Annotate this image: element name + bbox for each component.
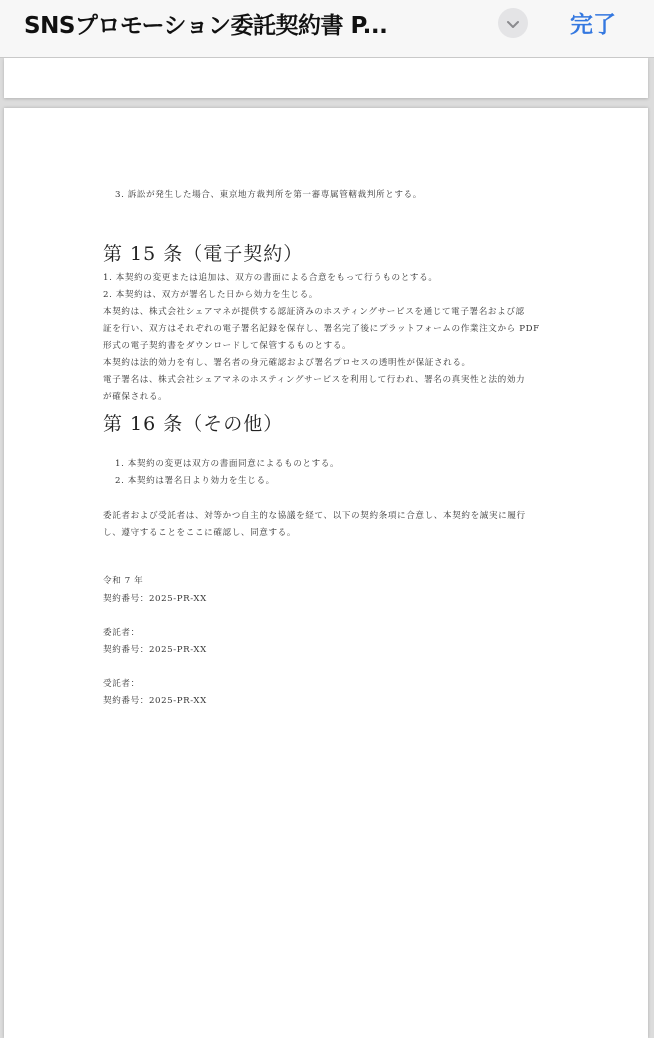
article-15-line: 1. 本契約の変更または追加は、双方の書面による合意をもって行うものとする。 [103, 270, 438, 287]
closing-statement: 委託者および受託者は、対等かつ自主的な協議を経て、以下の契約条項に合意し、本契約… [103, 508, 526, 525]
signature-date: 令和 7 年 [103, 573, 143, 590]
closing-statement: し、遵守することをここに確認し、同意する。 [103, 525, 296, 542]
pdf-viewer[interactable]: 3. 訴訟が発生した場合、東京地方裁判所を第一審専属管轄裁判所とする。 第 15… [0, 58, 654, 1024]
article-15-line: 電子署名は、株式会社シェアマネのホスティングサービスを利用して行われ、署名の真実… [103, 372, 525, 389]
article-16-item: 1. 本契約の変更は双方の書面同意によるものとする。 [115, 456, 339, 473]
article-15-line: 形式の電子契約書をダウンロードして保管するものとする。 [103, 338, 351, 355]
article-16-heading: 第 16 条（その他） [103, 409, 283, 436]
article-15-line: 本契約は、株式会社シェアマネが提供する認証済みのホスティングサービスを通じて電子… [103, 304, 525, 321]
contract-number: 契約番号：2025-PR-XX [103, 642, 207, 659]
pdf-page: 3. 訴訟が発生した場合、東京地方裁判所を第一審専属管轄裁判所とする。 第 15… [4, 108, 648, 1024]
article-15-line: が確保される。 [103, 389, 167, 406]
article-15-heading: 第 15 条（電子契約） [103, 239, 303, 266]
done-button[interactable]: 完了 [570, 6, 616, 39]
client-label: 委託者： [103, 625, 140, 642]
article-15-line: 証を行い、双方はそれぞれの電子署名記録を保存し、署名完了後にプラットフォームの作… [103, 321, 540, 338]
title-menu-button[interactable] [498, 8, 528, 38]
contract-number: 契約番号：2025-PR-XX [103, 591, 207, 608]
document-title: SNSプロモーション委託契約書 P... [24, 7, 387, 40]
previous-page [4, 58, 648, 98]
article-15-line: 本契約は法的効力を有し、署名者の身元確認および署名プロセスの透明性が保証される。 [103, 355, 471, 372]
article-15-line: 2. 本契約は、双方が署名した日から効力を生じる。 [103, 287, 318, 304]
clause-item: 3. 訴訟が発生した場合、東京地方裁判所を第一審専属管轄裁判所とする。 [115, 187, 422, 204]
article-16-item: 2. 本契約は署名日より効力を生じる。 [115, 473, 275, 490]
contract-number: 契約番号：2025-PR-XX [103, 693, 207, 710]
contractor-label: 受託者： [103, 676, 140, 693]
chevron-down-icon [506, 14, 520, 33]
navigation-bar: SNSプロモーション委託契約書 P... 完了 [0, 0, 654, 58]
